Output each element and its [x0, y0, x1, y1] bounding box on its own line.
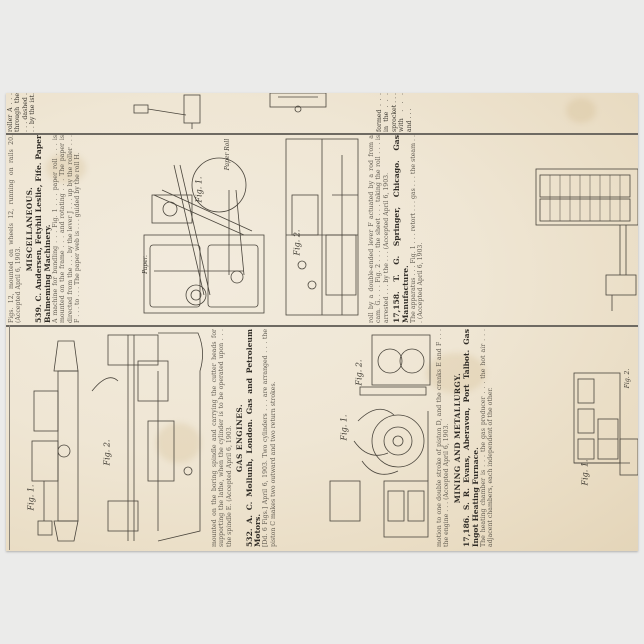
- lead-text: motion to one double stroke of piston D,…: [436, 329, 451, 547]
- column-gas-engines: mounted on the boring spindle and carryi…: [211, 329, 326, 547]
- lead-text: Figs. 12, mounted on wheels 12, running …: [8, 135, 23, 323]
- patent-title-springer: 17,158. T. G. Springer, Chicago. Gas Man…: [393, 135, 410, 323]
- top-strip-text-right: formed . . . in the . . . sprocket . . .…: [376, 93, 506, 132]
- section-heading-gas-engines: GAS ENGINES.: [236, 329, 243, 547]
- figure-label: Fig. 1.: [194, 177, 203, 203]
- figure-annotation: Paper.: [142, 255, 149, 274]
- lead-text: roll by a double-ended lever F actuated …: [368, 135, 390, 323]
- patent-title-andersen: 539. C. Andersen, Fetyhil Leslie, Fife. …: [35, 135, 52, 323]
- lead-text: mounted on the boring spindle and carryi…: [211, 329, 233, 547]
- figure-label: Fig. 2.: [354, 360, 363, 386]
- figure-annotation: Paper Roll: [224, 139, 231, 170]
- top-strip-drawing: [126, 93, 216, 131]
- section-divider-middle: [6, 325, 638, 327]
- patent-title-evans: 17,186. S. R. Evans, Aberavon, Port Talb…: [463, 329, 480, 547]
- scanned-document-page: roller A . . . through the . . . dashed …: [6, 93, 638, 551]
- figure-label: Fig. 2.: [102, 440, 111, 466]
- column-gas-manufacture: roll by a double-ended lever F actuated …: [368, 135, 518, 323]
- figure-label: Fig. 1.: [580, 460, 589, 486]
- section-heading-miscellaneous: MISCELLANEOUS.: [26, 135, 33, 323]
- patent-body-springer: The apparatus . . . Fig. 1 . . . retort …: [410, 135, 425, 323]
- figure-label: Fig. 1.: [26, 485, 35, 511]
- top-strip-drawing-2: [268, 93, 328, 113]
- top-strip-text-left: roller A . . . through the . . . dashed …: [7, 93, 37, 132]
- figure-label: Fig. 2.: [624, 369, 631, 388]
- patent-title-mollunh: 532. A. C. Mollunh, London. Gas and Petr…: [246, 329, 263, 547]
- patent-body-mollunh: [Dd. 6 Figs.] April 6, 1903. Two cylinde…: [262, 329, 277, 547]
- patent-body-andersen: A machine for bundling . . . Fig. 1 . . …: [52, 135, 82, 323]
- patent-body-evans: The heating chamber is . . . the gas pro…: [480, 329, 495, 547]
- figure-label: Fig. 1.: [339, 415, 348, 441]
- paper-stain: [566, 98, 596, 123]
- figure-gas-retort: [526, 165, 638, 315]
- column-miscellaneous: Figs. 12, mounted on wheels 12, running …: [8, 135, 108, 323]
- figure-label: Fig. 2.: [292, 230, 301, 256]
- margin-rule: [9, 325, 10, 550]
- figure-lathe-fig1: [14, 331, 84, 546]
- column-mining-metallurgy: motion to one double stroke of piston D,…: [436, 329, 564, 547]
- section-heading-mining: MINING AND METALLURGY.: [454, 329, 461, 547]
- figure-paper-machine: [134, 135, 284, 323]
